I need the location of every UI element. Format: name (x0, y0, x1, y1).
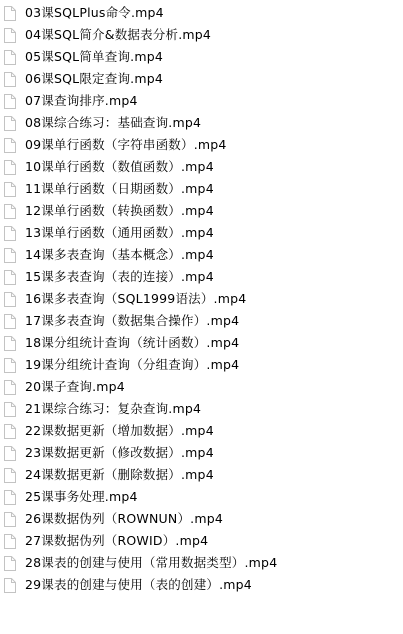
file-name: 24课数据更新（删除数据）.mp4 (25, 464, 214, 486)
file-icon (3, 137, 17, 154)
file-name: 27课数据伪列（ROWID）.mp4 (25, 530, 208, 552)
file-item[interactable]: 17课多表查询（数据集合操作）.mp4 (3, 310, 403, 332)
file-icon (3, 247, 17, 264)
file-name: 16课多表查询（SQL1999语法）.mp4 (25, 288, 246, 310)
file-icon (3, 159, 17, 176)
file-item[interactable]: 10课单行函数（数值函数）.mp4 (3, 156, 403, 178)
file-icon (3, 423, 17, 440)
file-icon (3, 181, 17, 198)
file-name: 08课综合练习：基础查询.mp4 (25, 112, 201, 134)
file-icon (3, 533, 17, 550)
file-name: 05课SQL简单查询.mp4 (25, 46, 163, 68)
file-name: 22课数据更新（增加数据）.mp4 (25, 420, 214, 442)
file-name: 17课多表查询（数据集合操作）.mp4 (25, 310, 239, 332)
file-item[interactable]: 14课多表查询（基本概念）.mp4 (3, 244, 403, 266)
file-icon (3, 225, 17, 242)
file-item[interactable]: 15课多表查询（表的连接）.mp4 (3, 266, 403, 288)
file-icon (3, 357, 17, 374)
file-item[interactable]: 20课子查询.mp4 (3, 376, 403, 398)
file-item[interactable]: 23课数据更新（修改数据）.mp4 (3, 442, 403, 464)
file-icon (3, 577, 17, 594)
file-icon (3, 335, 17, 352)
file-item[interactable]: 27课数据伪列（ROWID）.mp4 (3, 530, 403, 552)
file-item[interactable]: 29课表的创建与使用（表的创建）.mp4 (3, 574, 403, 596)
file-name: 10课单行函数（数值函数）.mp4 (25, 156, 214, 178)
file-name: 11课单行函数（日期函数）.mp4 (25, 178, 214, 200)
file-item[interactable]: 19课分组统计查询（分组查询）.mp4 (3, 354, 403, 376)
file-item[interactable]: 22课数据更新（增加数据）.mp4 (3, 420, 403, 442)
file-icon (3, 467, 17, 484)
file-item[interactable]: 11课单行函数（日期函数）.mp4 (3, 178, 403, 200)
file-icon (3, 49, 17, 66)
file-icon (3, 71, 17, 88)
file-item[interactable]: 21课综合练习：复杂查询.mp4 (3, 398, 403, 420)
file-icon (3, 511, 17, 528)
file-name: 09课单行函数（字符串函数）.mp4 (25, 134, 227, 156)
file-name: 28课表的创建与使用（常用数据类型）.mp4 (25, 552, 277, 574)
file-name: 26课数据伪列（ROWNUN）.mp4 (25, 508, 223, 530)
file-item[interactable]: 08课综合练习：基础查询.mp4 (3, 112, 403, 134)
file-item[interactable]: 05课SQL简单查询.mp4 (3, 46, 403, 68)
file-item[interactable]: 24课数据更新（删除数据）.mp4 (3, 464, 403, 486)
file-icon (3, 291, 17, 308)
file-icon (3, 27, 17, 44)
file-icon (3, 115, 17, 132)
file-item[interactable]: 06课SQL限定查询.mp4 (3, 68, 403, 90)
file-item[interactable]: 18课分组统计查询（统计函数）.mp4 (3, 332, 403, 354)
file-name: 29课表的创建与使用（表的创建）.mp4 (25, 574, 252, 596)
file-name: 21课综合练习：复杂查询.mp4 (25, 398, 201, 420)
file-name: 20课子查询.mp4 (25, 376, 125, 398)
file-name: 03课SQLPlus命令.mp4 (25, 2, 164, 24)
file-name: 06课SQL限定查询.mp4 (25, 68, 163, 90)
file-item[interactable]: 03课SQLPlus命令.mp4 (3, 2, 403, 24)
file-item[interactable]: 25课事务处理.mp4 (3, 486, 403, 508)
file-icon (3, 203, 17, 220)
file-name: 14课多表查询（基本概念）.mp4 (25, 244, 214, 266)
file-icon (3, 555, 17, 572)
file-name: 04课SQL简介&数据表分析.mp4 (25, 24, 211, 46)
file-icon (3, 93, 17, 110)
file-item[interactable]: 04课SQL简介&数据表分析.mp4 (3, 24, 403, 46)
file-name: 19课分组统计查询（分组查询）.mp4 (25, 354, 239, 376)
file-name: 13课单行函数（通用函数）.mp4 (25, 222, 214, 244)
file-name: 12课单行函数（转换函数）.mp4 (25, 200, 214, 222)
file-name: 07课查询排序.mp4 (25, 90, 138, 112)
file-name: 23课数据更新（修改数据）.mp4 (25, 442, 214, 464)
file-item[interactable]: 28课表的创建与使用（常用数据类型）.mp4 (3, 552, 403, 574)
file-item[interactable]: 12课单行函数（转换函数）.mp4 (3, 200, 403, 222)
file-item[interactable]: 16课多表查询（SQL1999语法）.mp4 (3, 288, 403, 310)
file-item[interactable]: 09课单行函数（字符串函数）.mp4 (3, 134, 403, 156)
file-icon (3, 379, 17, 396)
file-icon (3, 445, 17, 462)
file-name: 25课事务处理.mp4 (25, 486, 138, 508)
file-item[interactable]: 07课查询排序.mp4 (3, 90, 403, 112)
file-icon (3, 313, 17, 330)
file-item[interactable]: 26课数据伪列（ROWNUN）.mp4 (3, 508, 403, 530)
file-icon (3, 5, 17, 22)
file-name: 15课多表查询（表的连接）.mp4 (25, 266, 214, 288)
file-list: 03课SQLPlus命令.mp4 04课SQL简介&数据表分析.mp4 05课S… (0, 0, 403, 596)
file-item[interactable]: 13课单行函数（通用函数）.mp4 (3, 222, 403, 244)
file-icon (3, 489, 17, 506)
file-icon (3, 269, 17, 286)
file-icon (3, 401, 17, 418)
file-name: 18课分组统计查询（统计函数）.mp4 (25, 332, 239, 354)
